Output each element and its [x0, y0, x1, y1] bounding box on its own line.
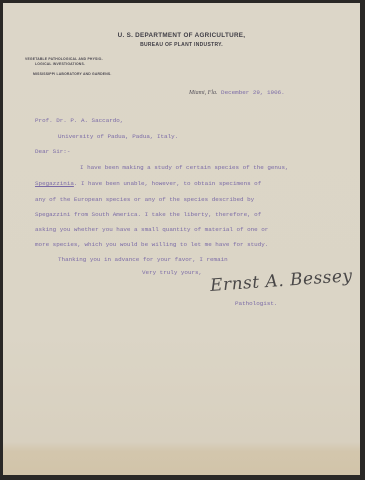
dateline: Miami, Fla. December 29, 1906.: [189, 89, 285, 96]
recipient-address: University of Padua, Padua, Italy.: [58, 133, 178, 140]
body-line-2: Spegazzinia. I have been unable, however…: [35, 180, 261, 187]
salutation: Dear Sir:-: [35, 148, 70, 155]
body-line-3: any of the European species or any of th…: [35, 196, 254, 203]
body-line-4: Spegazzini from South America. I take th…: [35, 211, 261, 218]
body-line-5: asking you whether you have a small quan…: [35, 226, 268, 233]
letterhead-subtitle: BUREAU OF PLANT INDUSTRY.: [3, 42, 360, 48]
letterhead-title: U. S. DEPARTMENT OF AGRICULTURE,: [3, 32, 360, 39]
signer-title: Pathologist.: [235, 300, 277, 307]
signature: Ernst A. Bessey: [209, 266, 353, 296]
closing: Very truly yours,: [142, 269, 202, 276]
body-line-6: more species, which you would be willing…: [35, 241, 268, 248]
body-line-1: I have been making a study of certain sp…: [80, 164, 289, 171]
division-line-2: LOGICAL INVESTIGATIONS.: [25, 62, 135, 67]
body-closing-line: Thanking you in advance for your favor, …: [58, 256, 228, 263]
lab-heading: MISSISSIPPI LABORATORY AND GARDENS.: [33, 72, 133, 77]
dateline-place: Miami, Fla.: [189, 90, 218, 96]
genus-name: Spegazzinia: [35, 180, 74, 187]
division-heading: VEGETABLE PATHOLOGICAL AND PHYSIO- LOGIC…: [25, 57, 135, 66]
dateline-date: December 29, 1906.: [221, 89, 285, 96]
recipient-name: Prof. Dr. P. A. Saccardo,: [35, 117, 123, 124]
letter-page: U. S. DEPARTMENT OF AGRICULTURE, BUREAU …: [3, 3, 360, 475]
